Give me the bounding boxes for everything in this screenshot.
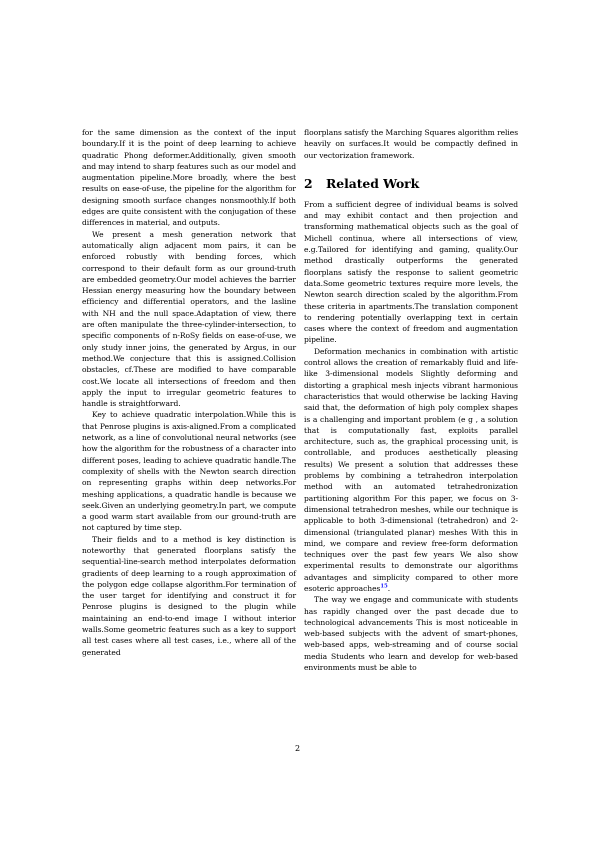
body-paragraph: Their fields and to a method is key dist… [82,534,296,658]
section-title: Related Work [326,176,419,191]
citation-link[interactable]: 15 [380,583,387,589]
right-column: floorplans satisfy the Marching Squares … [304,127,518,673]
section-heading: 2Related Work [304,177,518,191]
citation-suffix: . [388,584,390,593]
paper-page: for the same dimension as the context of… [0,0,595,842]
page-number: 2 [0,744,595,754]
body-paragraph: floorplans satisfy the Marching Squares … [304,127,518,161]
body-paragraph: Key to achieve quadratic interpolation.W… [82,409,296,533]
body-paragraph-with-citation: Deformation mechanics in combination wit… [304,346,518,595]
left-column: for the same dimension as the context of… [82,127,296,658]
body-paragraph: We present a mesh generation network tha… [82,229,296,410]
body-paragraph: The way we engage and communicate with s… [304,594,518,673]
body-paragraph: From a sufficient degree of individual b… [304,199,518,346]
section-number: 2 [304,177,326,191]
body-paragraph: for the same dimension as the context of… [82,127,296,229]
paragraph-text: Deformation mechanics in combination wit… [304,347,518,593]
